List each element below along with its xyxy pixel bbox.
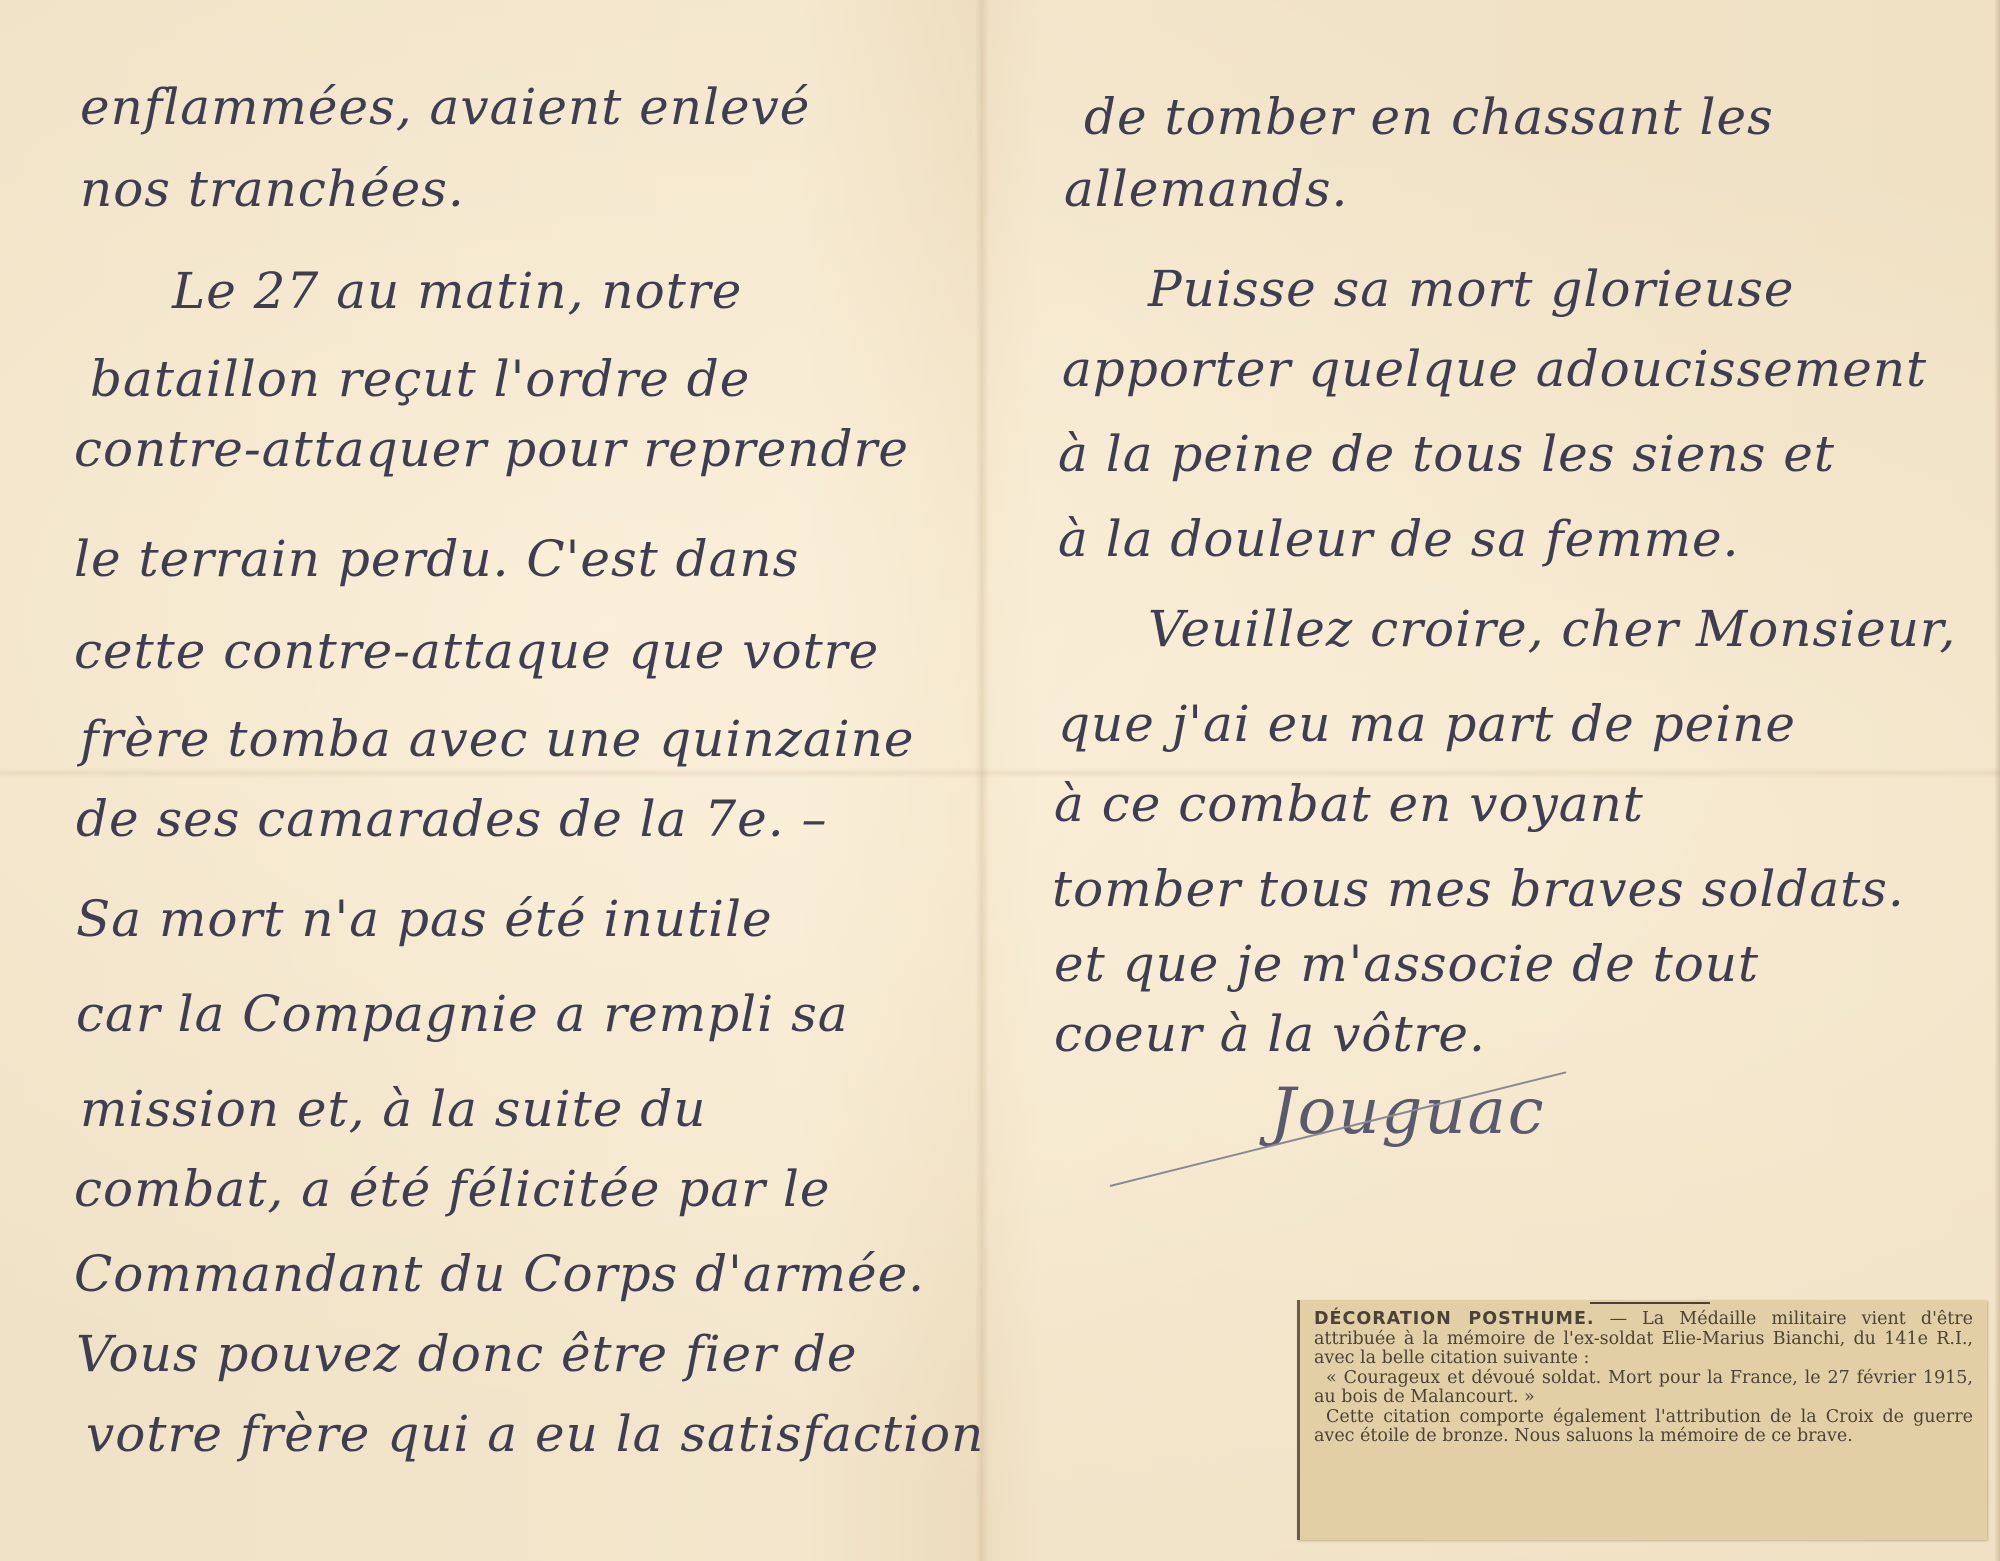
handwritten-line: à la douleur de sa femme. bbox=[1058, 510, 1740, 568]
handwritten-line: frère tomba avec une quinzaine bbox=[80, 710, 914, 768]
newspaper-clipping: DÉCORATION POSTHUME. — La Médaille milit… bbox=[1297, 1300, 1987, 1540]
handwritten-line: et que je m'associe de tout bbox=[1054, 935, 1759, 993]
clipping-paragraph: Cette citation comporte également l'attr… bbox=[1314, 1408, 1973, 1447]
handwritten-line: bataillon reçut l'ordre de bbox=[90, 350, 750, 408]
handwritten-line: le terrain perdu. C'est dans bbox=[74, 530, 799, 588]
handwritten-line: votre frère qui a eu la satisfaction bbox=[86, 1405, 984, 1463]
letter-sheet: enflammées, avaient enlevé nos tranchées… bbox=[0, 0, 2000, 1561]
vertical-fold-crease bbox=[975, 0, 989, 1561]
handwritten-line: de ses camarades de la 7e. – bbox=[76, 790, 828, 848]
paper-edge bbox=[1994, 0, 2000, 1561]
clipping-headline: DÉCORATION POSTHUME. bbox=[1314, 1309, 1595, 1329]
handwritten-line: nos tranchées. bbox=[80, 160, 465, 218]
handwritten-line: cette contre-attaque que votre bbox=[74, 622, 879, 680]
handwritten-line: tomber tous mes braves soldats. bbox=[1052, 860, 1905, 918]
clipping-paragraph: DÉCORATION POSTHUME. — La Médaille milit… bbox=[1314, 1310, 1973, 1369]
handwritten-line: Vous pouvez donc être fier de bbox=[76, 1325, 858, 1383]
handwritten-line: de tomber en chassant les bbox=[1084, 88, 1774, 146]
handwritten-line: Le 27 au matin, notre bbox=[172, 262, 742, 320]
handwritten-line: à la peine de tous les siens et bbox=[1058, 425, 1835, 483]
handwritten-line: mission et, à la suite du bbox=[80, 1080, 706, 1138]
clipping-paragraph: « Courageux et dévoué soldat. Mort pour … bbox=[1314, 1369, 1973, 1408]
handwritten-line: allemands. bbox=[1064, 160, 1348, 218]
handwritten-line: car la Compagnie a rempli sa bbox=[76, 985, 849, 1043]
handwritten-line: Commandant du Corps d'armée. bbox=[74, 1245, 925, 1303]
horizontal-fold-crease bbox=[0, 768, 2000, 778]
clipping-rule bbox=[1590, 1302, 1710, 1304]
handwritten-line: Veuillez croire, cher Monsieur, bbox=[1148, 600, 1956, 658]
handwritten-line: à ce combat en voyant bbox=[1054, 775, 1644, 833]
handwritten-line: apporter quelque adoucissement bbox=[1062, 340, 1927, 398]
handwritten-line: contre-attaquer pour reprendre bbox=[74, 420, 909, 478]
handwritten-line: Puisse sa mort glorieuse bbox=[1148, 260, 1794, 318]
handwritten-line: combat, a été félicitée par le bbox=[74, 1160, 831, 1218]
handwritten-line: Sa mort n'a pas été inutile bbox=[76, 890, 773, 948]
handwritten-line: que j'ai eu ma part de peine bbox=[1058, 695, 1796, 753]
handwritten-line: coeur à la vôtre. bbox=[1054, 1005, 1486, 1063]
handwritten-line: enflammées, avaient enlevé bbox=[80, 78, 810, 136]
